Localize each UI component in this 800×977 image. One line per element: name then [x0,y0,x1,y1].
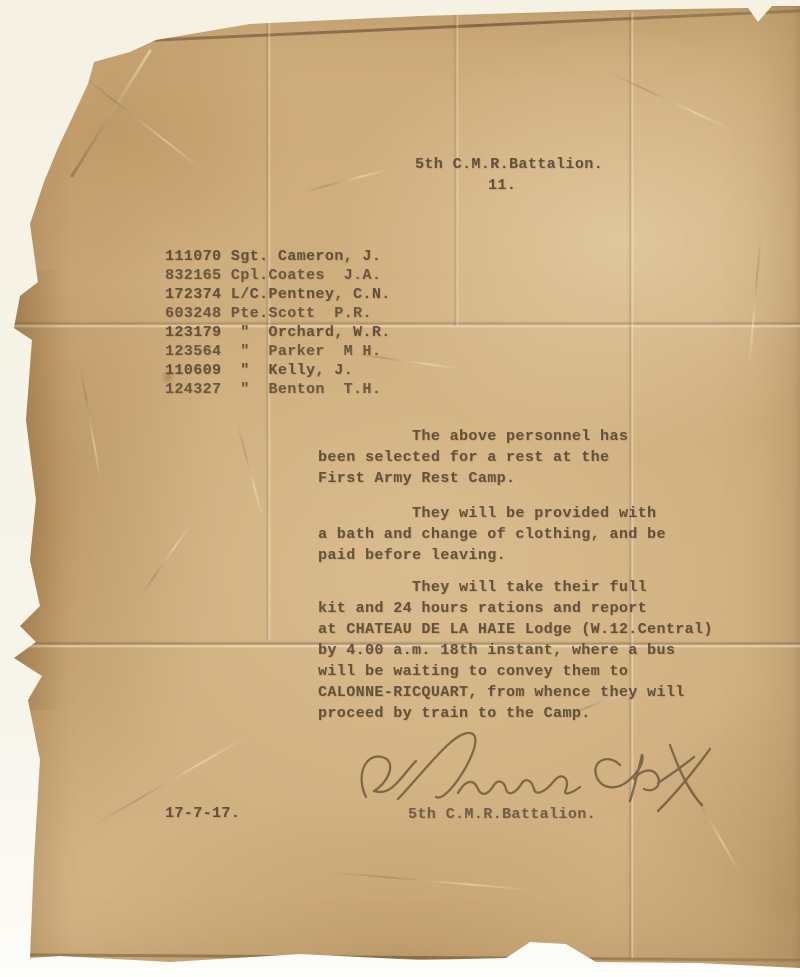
paragraph-line: proceed by train to the Camp. [318,703,713,724]
crease-line [138,524,191,599]
roster-line: 110609 " Kelly, J. [165,361,391,380]
crease-line [330,871,529,890]
roster-line: 172374 L/C.Pentney, C.N. [165,285,391,304]
roster-line: 124327 " Benton T.H. [165,380,391,399]
date-stamp: 17-7-17. [165,805,240,822]
crease-line [748,236,761,366]
paper-top-edge [150,9,800,42]
crease-line [79,362,102,481]
roster-line: 832165 Cpl.Coates J.A. [165,266,391,285]
paragraph-line: by 4.00 a.m. 18th instant, where a bus [318,640,713,661]
paragraph-line: paid before leaving. [318,545,666,566]
paragraph-rest-selection: The above personnel has been selected fo… [318,426,628,489]
header-unit: 5th C.M.R.Battalion. [415,156,603,173]
paragraph-line: been selected for a rest at the [318,447,628,468]
left-edge-shading [12,270,64,710]
paragraph-line: kit and 24 hours rations and report [318,598,713,619]
dogear-fold-line [70,49,152,178]
roster-line: 603248 Pte.Scott P.R. [165,304,391,323]
paragraph-provisions: They will be provided with a bath and ch… [318,503,666,566]
header-page-number: 11. [488,177,516,194]
paragraph-line: at CHATEAU DE LA HAIE Lodge (W.12.Centra… [318,619,713,640]
paper-bottom-edge [30,953,800,961]
paragraph-line: They will be provided with [318,503,666,524]
paragraph-line: They will take their full [318,577,713,598]
roster-line: 123179 " Orchard, W.R. [165,323,391,342]
signature-unit-line: 5th C.M.R.Battalion. [408,806,596,823]
paragraph-instructions: They will take their full kit and 24 hou… [318,577,713,724]
paragraph-line: a bath and change of clothing, and be [318,524,666,545]
crease-line [236,422,264,519]
crease-line [301,168,388,193]
paragraph-line: The above personnel has [318,426,628,447]
personnel-roster: 111070 Sgt. Cameron, J. 832165 Cpl.Coate… [165,247,391,399]
crease-line [606,71,734,132]
paragraph-line: CALONNE-RICQUART, from whence they will [318,682,713,703]
crease-line [76,71,203,171]
roster-line: 111070 Sgt. Cameron, J. [165,247,391,266]
paragraph-line: will be waiting to convey them to [318,661,713,682]
paper-sheet: 5th C.M.R.Battalion. 11. 111070 Sgt. Cam… [0,0,800,977]
horizontal-fold-crease [0,321,800,328]
scan-background: 5th C.M.R.Battalion. 11. 111070 Sgt. Cam… [0,0,800,977]
roster-line: 123564 " Parker M H. [165,342,391,361]
paragraph-line: First Army Rest Camp. [318,468,628,489]
